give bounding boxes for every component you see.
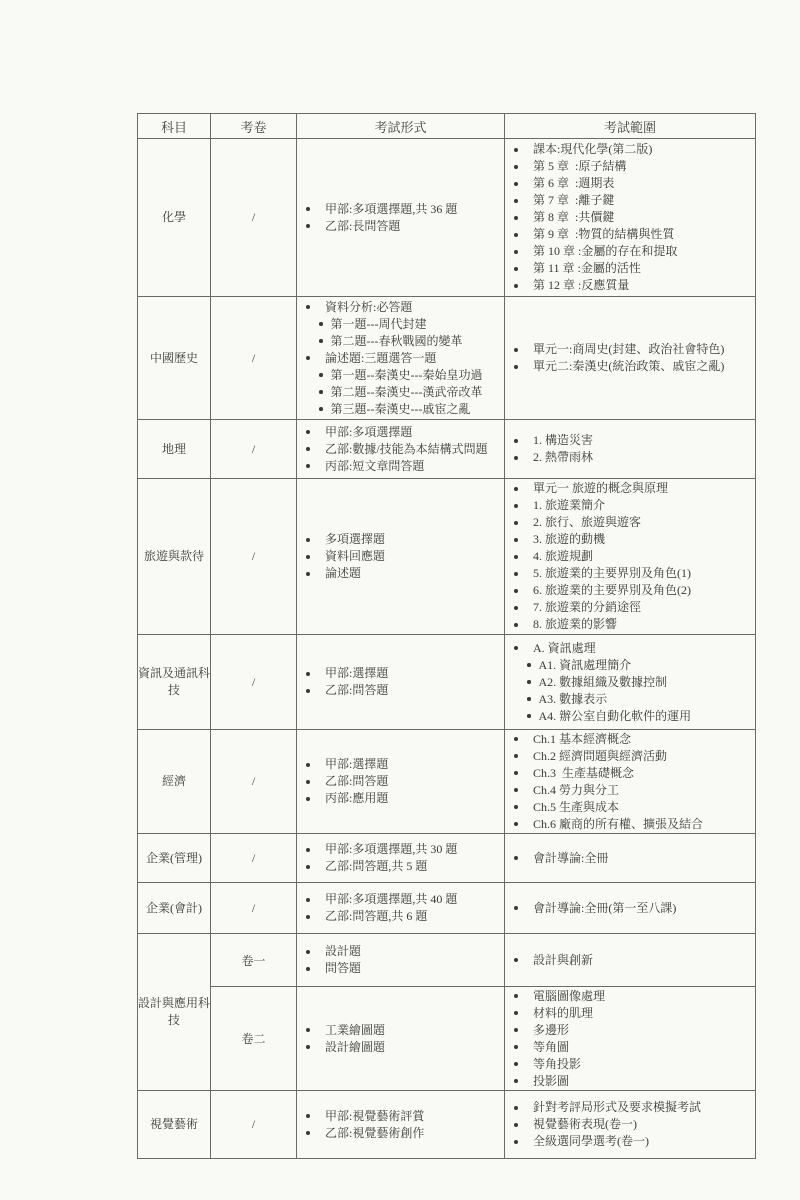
bullet-text: 投影圖	[533, 1073, 569, 1090]
bullet-text: 多項選擇題	[325, 531, 385, 548]
bullet-text: 資料分析:必答題	[325, 299, 412, 316]
bullet-item: 2. 旅行、旅遊與遊客	[505, 514, 755, 531]
bullet-item: 論述題:三題選答一題	[297, 350, 504, 367]
bullet-text: 1. 旅遊業簡介	[533, 497, 605, 514]
bullet-item: 第 12 章 :反應質量	[505, 277, 755, 294]
bullet-text: 6. 旅遊業的主要界別及角色(2)	[533, 582, 691, 599]
bullet-icon	[514, 555, 518, 559]
scope-cell: A. 資訊處理A1. 資訊處理簡介A2. 數據組織及數據控制A3. 數據表示A4…	[505, 635, 756, 730]
bullet-item: 設計與創新	[505, 952, 755, 969]
bullet-item: 甲部:視覺藝術評賞	[297, 1108, 504, 1125]
bullet-icon	[306, 572, 310, 576]
bullet-icon	[306, 538, 310, 542]
bullet-icon	[514, 754, 518, 758]
bullet-icon	[514, 805, 518, 809]
table-row: 資訊及通訊科技/甲部:選擇題乙部:問答題A. 資訊處理A1. 資訊處理簡介A2.…	[138, 635, 756, 730]
bullet-text: 甲部:選擇題	[325, 665, 388, 682]
bullet-item: 單元一:商周史(封建、政治社會特色)	[505, 341, 755, 358]
bullet-icon	[514, 1123, 518, 1127]
bullet-text: 1. 構造災害	[533, 432, 593, 449]
bullet-text: 全級選同學選考(卷一)	[533, 1133, 649, 1150]
scope-cell: 課本:現代化學(第二版)第 5 章 :原子結構第 6 章 :週期表第 7 章 :…	[505, 139, 756, 297]
bullet-icon	[306, 797, 310, 801]
bullet-text: 乙部:問答題,共 6 題	[325, 908, 427, 925]
bullet-item: 單元二:秦漢史(統治政策、戚宦之亂)	[505, 358, 755, 375]
paper-cell: /	[211, 834, 297, 883]
bullet-text: Ch.1 基本經濟概念	[533, 731, 631, 748]
bullet-icon	[527, 697, 531, 701]
format-cell: 甲部:多項選擇題,共 40 題乙部:問答題,共 6 題	[297, 883, 505, 934]
bullet-item: 論述題	[297, 565, 504, 582]
bullet-icon	[319, 407, 323, 411]
bullet-text: 針對考評局形式及要求模擬考試	[533, 1099, 701, 1116]
bullet-icon	[527, 680, 531, 684]
scope-cell: 1. 構造災害2. 熱帶雨林	[505, 420, 756, 479]
bullet-text: 丙部:應用題	[325, 790, 388, 807]
bullet-icon	[514, 1140, 518, 1144]
bullet-text: 第一題---周代封建	[331, 316, 427, 333]
bullet-text: 乙部:問答題	[325, 773, 388, 790]
bullet-icon	[514, 233, 518, 237]
bullet-item: 乙部:問答題,共 6 題	[297, 908, 504, 925]
scope-cell: 單元一:商周史(封建、政治社會特色)單元二:秦漢史(統治政策、戚宦之亂)	[505, 297, 756, 420]
bullet-text: 電腦圖像處理	[533, 988, 605, 1005]
bullet-icon	[514, 623, 518, 627]
bullet-text: 5. 旅遊業的主要界別及角色(1)	[533, 565, 691, 582]
bullet-item: 1. 構造災害	[505, 432, 755, 449]
column-header-paper: 考卷	[211, 114, 297, 139]
bullet-text: 第 5 章 :原子結構	[533, 158, 626, 175]
bullet-item: 第 9 章 :物質的結構與性質	[505, 226, 755, 243]
bullet-item: 第 8 章 :共價鍵	[505, 209, 755, 226]
bullet-item: Ch.3 生產基礎概念	[505, 765, 755, 782]
bullet-icon	[514, 788, 518, 792]
bullet-icon	[306, 898, 310, 902]
exam-table-body: 化學/甲部:多項選擇題,共 36 題乙部:長問答題課本:現代化學(第二版)第 5…	[138, 139, 756, 1159]
bullet-item: 多項選擇題	[297, 531, 504, 548]
bullet-icon	[306, 1045, 310, 1049]
bullet-text: 等角圖	[533, 1039, 569, 1056]
bullet-item: 乙部:數據/技能為本結構式問題	[297, 441, 504, 458]
bullet-item: 甲部:選擇題	[297, 756, 504, 773]
bullet-icon	[514, 216, 518, 220]
bullet-icon	[514, 572, 518, 576]
bullet-item: 等角投影	[505, 1056, 755, 1073]
bullet-item: 第 10 章 :金屬的存在和提取	[505, 243, 755, 260]
bullet-text: 第 10 章 :金屬的存在和提取	[533, 243, 677, 260]
bullet-text: 多邊形	[533, 1022, 569, 1039]
scanned-page: { "colors": { "page_bg": "#f9f9f6", "gri…	[0, 0, 800, 1200]
paper-cell: /	[211, 883, 297, 934]
bullet-item: 第一題--秦漢史---秦始皇功過	[297, 367, 504, 384]
bullet-text: 第 7 章 :離子鍵	[533, 192, 614, 209]
format-cell: 甲部:選擇題乙部:問答題丙部:應用題	[297, 730, 505, 834]
bullet-item: 丙部:短文章問答題	[297, 458, 504, 475]
bullet-text: 工業繪圖題	[325, 1022, 385, 1039]
bullet-icon	[514, 994, 518, 998]
table-row: 視覺藝術/甲部:視覺藝術評賞乙部:視覺藝術創作針對考評局形式及要求模擬考試視覺藝…	[138, 1091, 756, 1159]
bullet-item: 全級選同學選考(卷一)	[505, 1133, 755, 1150]
bullet-text: 資料回應題	[325, 548, 385, 565]
bullet-icon	[514, 906, 518, 910]
bullet-item: 問答題	[297, 960, 504, 977]
bullet-text: A2. 數據組織及數據控制	[539, 674, 668, 691]
format-cell: 資料分析:必答題第一題---周代封建第二題---春秋戰國的變革論述題:三題選答一…	[297, 297, 505, 420]
bullet-item: 第二題---春秋戰國的變革	[297, 333, 504, 350]
bullet-icon	[514, 504, 518, 508]
bullet-icon	[527, 663, 531, 667]
bullet-text: Ch.5 生產與成本	[533, 799, 619, 816]
bullet-icon	[306, 865, 310, 869]
table-row: 企業(會計)/甲部:多項選擇題,共 40 題乙部:問答題,共 6 題會計導論:全…	[138, 883, 756, 934]
bullet-icon	[514, 1045, 518, 1049]
bullet-text: 2. 熱帶雨林	[533, 449, 593, 466]
bullet-text: 4. 旅遊規劃	[533, 548, 593, 565]
subject-cell: 經濟	[138, 730, 211, 834]
bullet-item: 課本:現代化學(第二版)	[505, 141, 755, 158]
bullet-text: 設計繪圖題	[325, 1039, 385, 1056]
scope-cell: 電腦圖像處理材料的肌理多邊形等角圖等角投影投影圖	[505, 987, 756, 1091]
bullet-item: 3. 旅遊的動機	[505, 531, 755, 548]
bullet-item: 乙部:長問答題	[297, 218, 504, 235]
bullet-text: 甲部:多項選擇題	[325, 424, 412, 441]
bullet-icon	[514, 348, 518, 352]
bullet-item: 8. 旅遊業的影響	[505, 616, 755, 633]
bullet-item: 等角圖	[505, 1039, 755, 1056]
bullet-text: 課本:現代化學(第二版)	[533, 141, 652, 158]
bullet-text: 乙部:視覺藝術創作	[325, 1125, 424, 1142]
scope-cell: 會計導論:全冊	[505, 834, 756, 883]
bullet-icon	[514, 1062, 518, 1066]
bullet-item: 甲部:選擇題	[297, 665, 504, 682]
bullet-text: A1. 資訊處理簡介	[539, 657, 632, 674]
bullet-icon	[514, 538, 518, 542]
bullet-icon	[514, 456, 518, 460]
bullet-item: 甲部:多項選擇題,共 30 題	[297, 841, 504, 858]
bullet-item: 6. 旅遊業的主要界別及角色(2)	[505, 582, 755, 599]
bullet-text: 甲部:多項選擇題,共 30 題	[325, 841, 457, 858]
paper-cell: 卷二	[211, 987, 297, 1091]
bullet-icon	[514, 250, 518, 254]
bullet-item: 2. 熱帶雨林	[505, 449, 755, 466]
paper-cell: /	[211, 297, 297, 420]
bullet-text: 視覺藝術表現(卷一)	[533, 1116, 637, 1133]
bullet-icon	[514, 165, 518, 169]
bullet-item: Ch.5 生產與成本	[505, 799, 755, 816]
paper-cell: /	[211, 730, 297, 834]
scope-cell: 針對考評局形式及要求模擬考試視覺藝術表現(卷一)全級選同學選考(卷一)	[505, 1091, 756, 1159]
bullet-icon	[319, 390, 323, 394]
bullet-item: 工業繪圖題	[297, 1022, 504, 1039]
bullet-item: Ch.6 廠商的所有權、擴張及結合	[505, 816, 755, 833]
paper-cell: /	[211, 420, 297, 479]
bullet-text: 第二題--秦漢史---漢武帝改革	[331, 384, 483, 401]
bullet-text: 2. 旅行、旅遊與遊客	[533, 514, 641, 531]
format-cell: 多項選擇題資料回應題論述題	[297, 479, 505, 635]
bullet-icon	[319, 373, 323, 377]
bullet-icon	[306, 780, 310, 784]
table-row: 地理/甲部:多項選擇題乙部:數據/技能為本結構式問題丙部:短文章問答題1. 構造…	[138, 420, 756, 479]
bullet-text: 第二題---春秋戰國的變革	[331, 333, 463, 350]
bullet-icon	[319, 322, 323, 326]
scope-cell: 單元一 旅遊的概念與原理1. 旅遊業簡介2. 旅行、旅遊與遊客3. 旅遊的動機4…	[505, 479, 756, 635]
bullet-icon	[306, 672, 310, 676]
bullet-icon	[514, 589, 518, 593]
bullet-text: Ch.4 勞力與分工	[533, 782, 619, 799]
column-header-scope: 考試範圍	[505, 114, 756, 139]
bullet-text: 材料的肌理	[533, 1005, 593, 1022]
bullet-icon	[514, 439, 518, 443]
bullet-icon	[514, 365, 518, 369]
bullet-item: 甲部:多項選擇題	[297, 424, 504, 441]
bullet-icon	[527, 714, 531, 718]
subject-cell: 地理	[138, 420, 211, 479]
bullet-item: 設計題	[297, 943, 504, 960]
bullet-text: 設計與創新	[533, 952, 593, 969]
bullet-item: 單元一 旅遊的概念與原理	[505, 480, 755, 497]
bullet-icon	[514, 606, 518, 610]
paper-cell: /	[211, 1091, 297, 1159]
bullet-text: Ch.6 廠商的所有權、擴張及結合	[533, 816, 703, 833]
bullet-text: 第 12 章 :反應質量	[533, 277, 629, 294]
bullet-item: Ch.2 經濟問題與經濟活動	[505, 748, 755, 765]
format-cell: 甲部:多項選擇題,共 30 題乙部:問答題,共 5 題	[297, 834, 505, 883]
subject-cell: 化學	[138, 139, 211, 297]
header-row: 科目 考卷 考試形式 考試範圍	[138, 114, 756, 139]
bullet-item: A4. 辦公室自動化軟件的運用	[505, 708, 755, 725]
bullet-item: A. 資訊處理	[505, 640, 755, 657]
bullet-item: 1. 旅遊業簡介	[505, 497, 755, 514]
bullet-icon	[306, 207, 310, 211]
bullet-text: 單元一 旅遊的概念與原理	[533, 480, 668, 497]
bullet-text: Ch.2 經濟問題與經濟活動	[533, 748, 667, 765]
paper-cell: /	[211, 635, 297, 730]
bullet-item: 電腦圖像處理	[505, 988, 755, 1005]
bullet-item: 乙部:問答題	[297, 682, 504, 699]
bullet-text: 8. 旅遊業的影響	[533, 616, 617, 633]
bullet-text: 論述題	[325, 565, 361, 582]
bullet-item: 視覺藝術表現(卷一)	[505, 1116, 755, 1133]
bullet-text: 第 8 章 :共價鍵	[533, 209, 614, 226]
bullet-text: A. 資訊處理	[533, 640, 596, 657]
bullet-text: 會計導論:全冊(第一至八課)	[533, 900, 676, 917]
subject-cell: 旅遊與款待	[138, 479, 211, 635]
bullet-text: 問答題	[325, 960, 361, 977]
bullet-item: 資料分析:必答題	[297, 299, 504, 316]
bullet-icon	[514, 646, 518, 650]
bullet-icon	[306, 555, 310, 559]
scope-cell: 會計導論:全冊(第一至八課)	[505, 883, 756, 934]
bullet-text: 等角投影	[533, 1056, 581, 1073]
bullet-item: 甲部:多項選擇題,共 40 題	[297, 891, 504, 908]
bullet-icon	[306, 356, 310, 360]
scope-cell: Ch.1 基本經濟概念Ch.2 經濟問題與經濟活動Ch.3 生產基礎概念Ch.4…	[505, 730, 756, 834]
table-row: 企業(管理)/甲部:多項選擇題,共 30 題乙部:問答題,共 5 題會計導論:全…	[138, 834, 756, 883]
bullet-icon	[306, 967, 310, 971]
subject-cell: 企業(管理)	[138, 834, 211, 883]
bullet-text: 單元二:秦漢史(統治政策、戚宦之亂)	[533, 358, 724, 375]
bullet-icon	[514, 1011, 518, 1015]
bullet-item: Ch.1 基本經濟概念	[505, 731, 755, 748]
bullet-item: 第 7 章 :離子鍵	[505, 192, 755, 209]
bullet-text: 甲部:多項選擇題,共 40 題	[325, 891, 457, 908]
subject-cell: 中國歷史	[138, 297, 211, 420]
format-cell: 設計題問答題	[297, 934, 505, 987]
table-row: 設計與應用科技卷一設計題問答題設計與創新	[138, 934, 756, 987]
bullet-icon	[514, 521, 518, 525]
format-cell: 甲部:多項選擇題乙部:數據/技能為本結構式問題丙部:短文章問答題	[297, 420, 505, 479]
bullet-icon	[306, 464, 310, 468]
bullet-item: 會計導論:全冊(第一至八課)	[505, 900, 755, 917]
bullet-item: 乙部:問答題,共 5 題	[297, 858, 504, 875]
format-cell: 工業繪圖題設計繪圖題	[297, 987, 505, 1091]
bullet-item: A1. 資訊處理簡介	[505, 657, 755, 674]
bullet-icon	[306, 430, 310, 434]
column-header-format: 考試形式	[297, 114, 505, 139]
bullet-item: A3. 數據表示	[505, 691, 755, 708]
format-cell: 甲部:多項選擇題,共 36 題乙部:長問答題	[297, 139, 505, 297]
subject-cell: 設計與應用科技	[138, 934, 211, 1091]
bullet-icon	[306, 848, 310, 852]
format-cell: 甲部:選擇題乙部:問答題	[297, 635, 505, 730]
bullet-icon	[514, 182, 518, 186]
table-row: 經濟/甲部:選擇題乙部:問答題丙部:應用題Ch.1 基本經濟概念Ch.2 經濟問…	[138, 730, 756, 834]
bullet-icon	[319, 339, 323, 343]
subject-cell: 資訊及通訊科技	[138, 635, 211, 730]
bullet-item: 資料回應題	[297, 548, 504, 565]
bullet-icon	[306, 447, 310, 451]
bullet-text: 第 6 章 :週期表	[533, 175, 614, 192]
bullet-icon	[514, 822, 518, 826]
bullet-item: 多邊形	[505, 1022, 755, 1039]
bullet-icon	[306, 689, 310, 693]
bullet-icon	[514, 737, 518, 741]
bullet-icon	[514, 1079, 518, 1083]
bullet-text: 3. 旅遊的動機	[533, 531, 605, 548]
bullet-icon	[514, 856, 518, 860]
scope-cell: 設計與創新	[505, 934, 756, 987]
bullet-item: 第二題--秦漢史---漢武帝改革	[297, 384, 504, 401]
bullet-text: 論述題:三題選答一題	[325, 350, 436, 367]
bullet-text: 甲部:視覺藝術評賞	[325, 1108, 424, 1125]
bullet-item: 第 5 章 :原子結構	[505, 158, 755, 175]
bullet-text: Ch.3 生產基礎概念	[533, 765, 634, 782]
bullet-item: 丙部:應用題	[297, 790, 504, 807]
bullet-item: 投影圖	[505, 1073, 755, 1090]
bullet-icon	[514, 958, 518, 962]
table-row: 卷二工業繪圖題設計繪圖題電腦圖像處理材料的肌理多邊形等角圖等角投影投影圖	[138, 987, 756, 1091]
bullet-item: 乙部:問答題	[297, 773, 504, 790]
bullet-text: 單元一:商周史(封建、政治社會特色)	[533, 341, 724, 358]
bullet-item: 5. 旅遊業的主要界別及角色(1)	[505, 565, 755, 582]
bullet-item: 4. 旅遊規劃	[505, 548, 755, 565]
bullet-text: 甲部:多項選擇題,共 36 題	[325, 201, 457, 218]
bullet-item: 第 6 章 :週期表	[505, 175, 755, 192]
bullet-icon	[514, 199, 518, 203]
bullet-icon	[514, 284, 518, 288]
bullet-item: 材料的肌理	[505, 1005, 755, 1022]
bullet-icon	[514, 771, 518, 775]
bullet-icon	[514, 487, 518, 491]
bullet-text: 7. 旅遊業的分銷途徑	[533, 599, 641, 616]
paper-cell: 卷一	[211, 934, 297, 987]
bullet-icon	[306, 224, 310, 228]
exam-scope-document: 科目 考卷 考試形式 考試範圍 化學/甲部:多項選擇題,共 36 題乙部:長問答…	[137, 113, 756, 1159]
bullet-icon	[306, 305, 310, 309]
bullet-icon	[306, 1028, 310, 1032]
bullet-item: 設計繪圖題	[297, 1039, 504, 1056]
subject-cell: 視覺藝術	[138, 1091, 211, 1159]
bullet-text: 乙部:問答題,共 5 題	[325, 858, 427, 875]
bullet-icon	[306, 915, 310, 919]
bullet-icon	[514, 1028, 518, 1032]
bullet-icon	[306, 1131, 310, 1135]
bullet-text: 乙部:數據/技能為本結構式問題	[325, 441, 488, 458]
format-cell: 甲部:視覺藝術評賞乙部:視覺藝術創作	[297, 1091, 505, 1159]
bullet-text: 會計導論:全冊	[533, 850, 608, 867]
bullet-item: Ch.4 勞力與分工	[505, 782, 755, 799]
bullet-icon	[306, 763, 310, 767]
bullet-icon	[514, 148, 518, 152]
bullet-icon	[514, 1106, 518, 1110]
table-row: 旅遊與款待/多項選擇題資料回應題論述題單元一 旅遊的概念與原理1. 旅遊業簡介2…	[138, 479, 756, 635]
bullet-item: 第三題--秦漢史---戚宦之亂	[297, 401, 504, 418]
bullet-text: 乙部:問答題	[325, 682, 388, 699]
bullet-item: 第 11 章 :金屬的活性	[505, 260, 755, 277]
paper-cell: /	[211, 139, 297, 297]
bullet-item: A2. 數據組織及數據控制	[505, 674, 755, 691]
table-row: 中國歷史/資料分析:必答題第一題---周代封建第二題---春秋戰國的變革論述題:…	[138, 297, 756, 420]
bullet-item: 第一題---周代封建	[297, 316, 504, 333]
bullet-text: 甲部:選擇題	[325, 756, 388, 773]
bullet-icon	[306, 950, 310, 954]
bullet-item: 針對考評局形式及要求模擬考試	[505, 1099, 755, 1116]
bullet-text: 丙部:短文章問答題	[325, 458, 424, 475]
bullet-text: 第三題--秦漢史---戚宦之亂	[331, 401, 471, 418]
bullet-icon	[514, 267, 518, 271]
bullet-item: 甲部:多項選擇題,共 36 題	[297, 201, 504, 218]
bullet-item: 乙部:視覺藝術創作	[297, 1125, 504, 1142]
bullet-item: 7. 旅遊業的分銷途徑	[505, 599, 755, 616]
bullet-text: 第 9 章 :物質的結構與性質	[533, 226, 674, 243]
bullet-item: 會計導論:全冊	[505, 850, 755, 867]
paper-cell: /	[211, 479, 297, 635]
bullet-text: 設計題	[325, 943, 361, 960]
bullet-icon	[306, 1114, 310, 1118]
column-header-subject: 科目	[138, 114, 211, 139]
bullet-text: 第 11 章 :金屬的活性	[533, 260, 641, 277]
subject-cell: 企業(會計)	[138, 883, 211, 934]
bullet-text: 乙部:長問答題	[325, 218, 400, 235]
bullet-text: A4. 辦公室自動化軟件的運用	[539, 708, 692, 725]
bullet-text: 第一題--秦漢史---秦始皇功過	[331, 367, 483, 384]
table-row: 化學/甲部:多項選擇題,共 36 題乙部:長問答題課本:現代化學(第二版)第 5…	[138, 139, 756, 297]
bullet-text: A3. 數據表示	[539, 691, 608, 708]
exam-table: 科目 考卷 考試形式 考試範圍 化學/甲部:多項選擇題,共 36 題乙部:長問答…	[137, 113, 756, 1159]
